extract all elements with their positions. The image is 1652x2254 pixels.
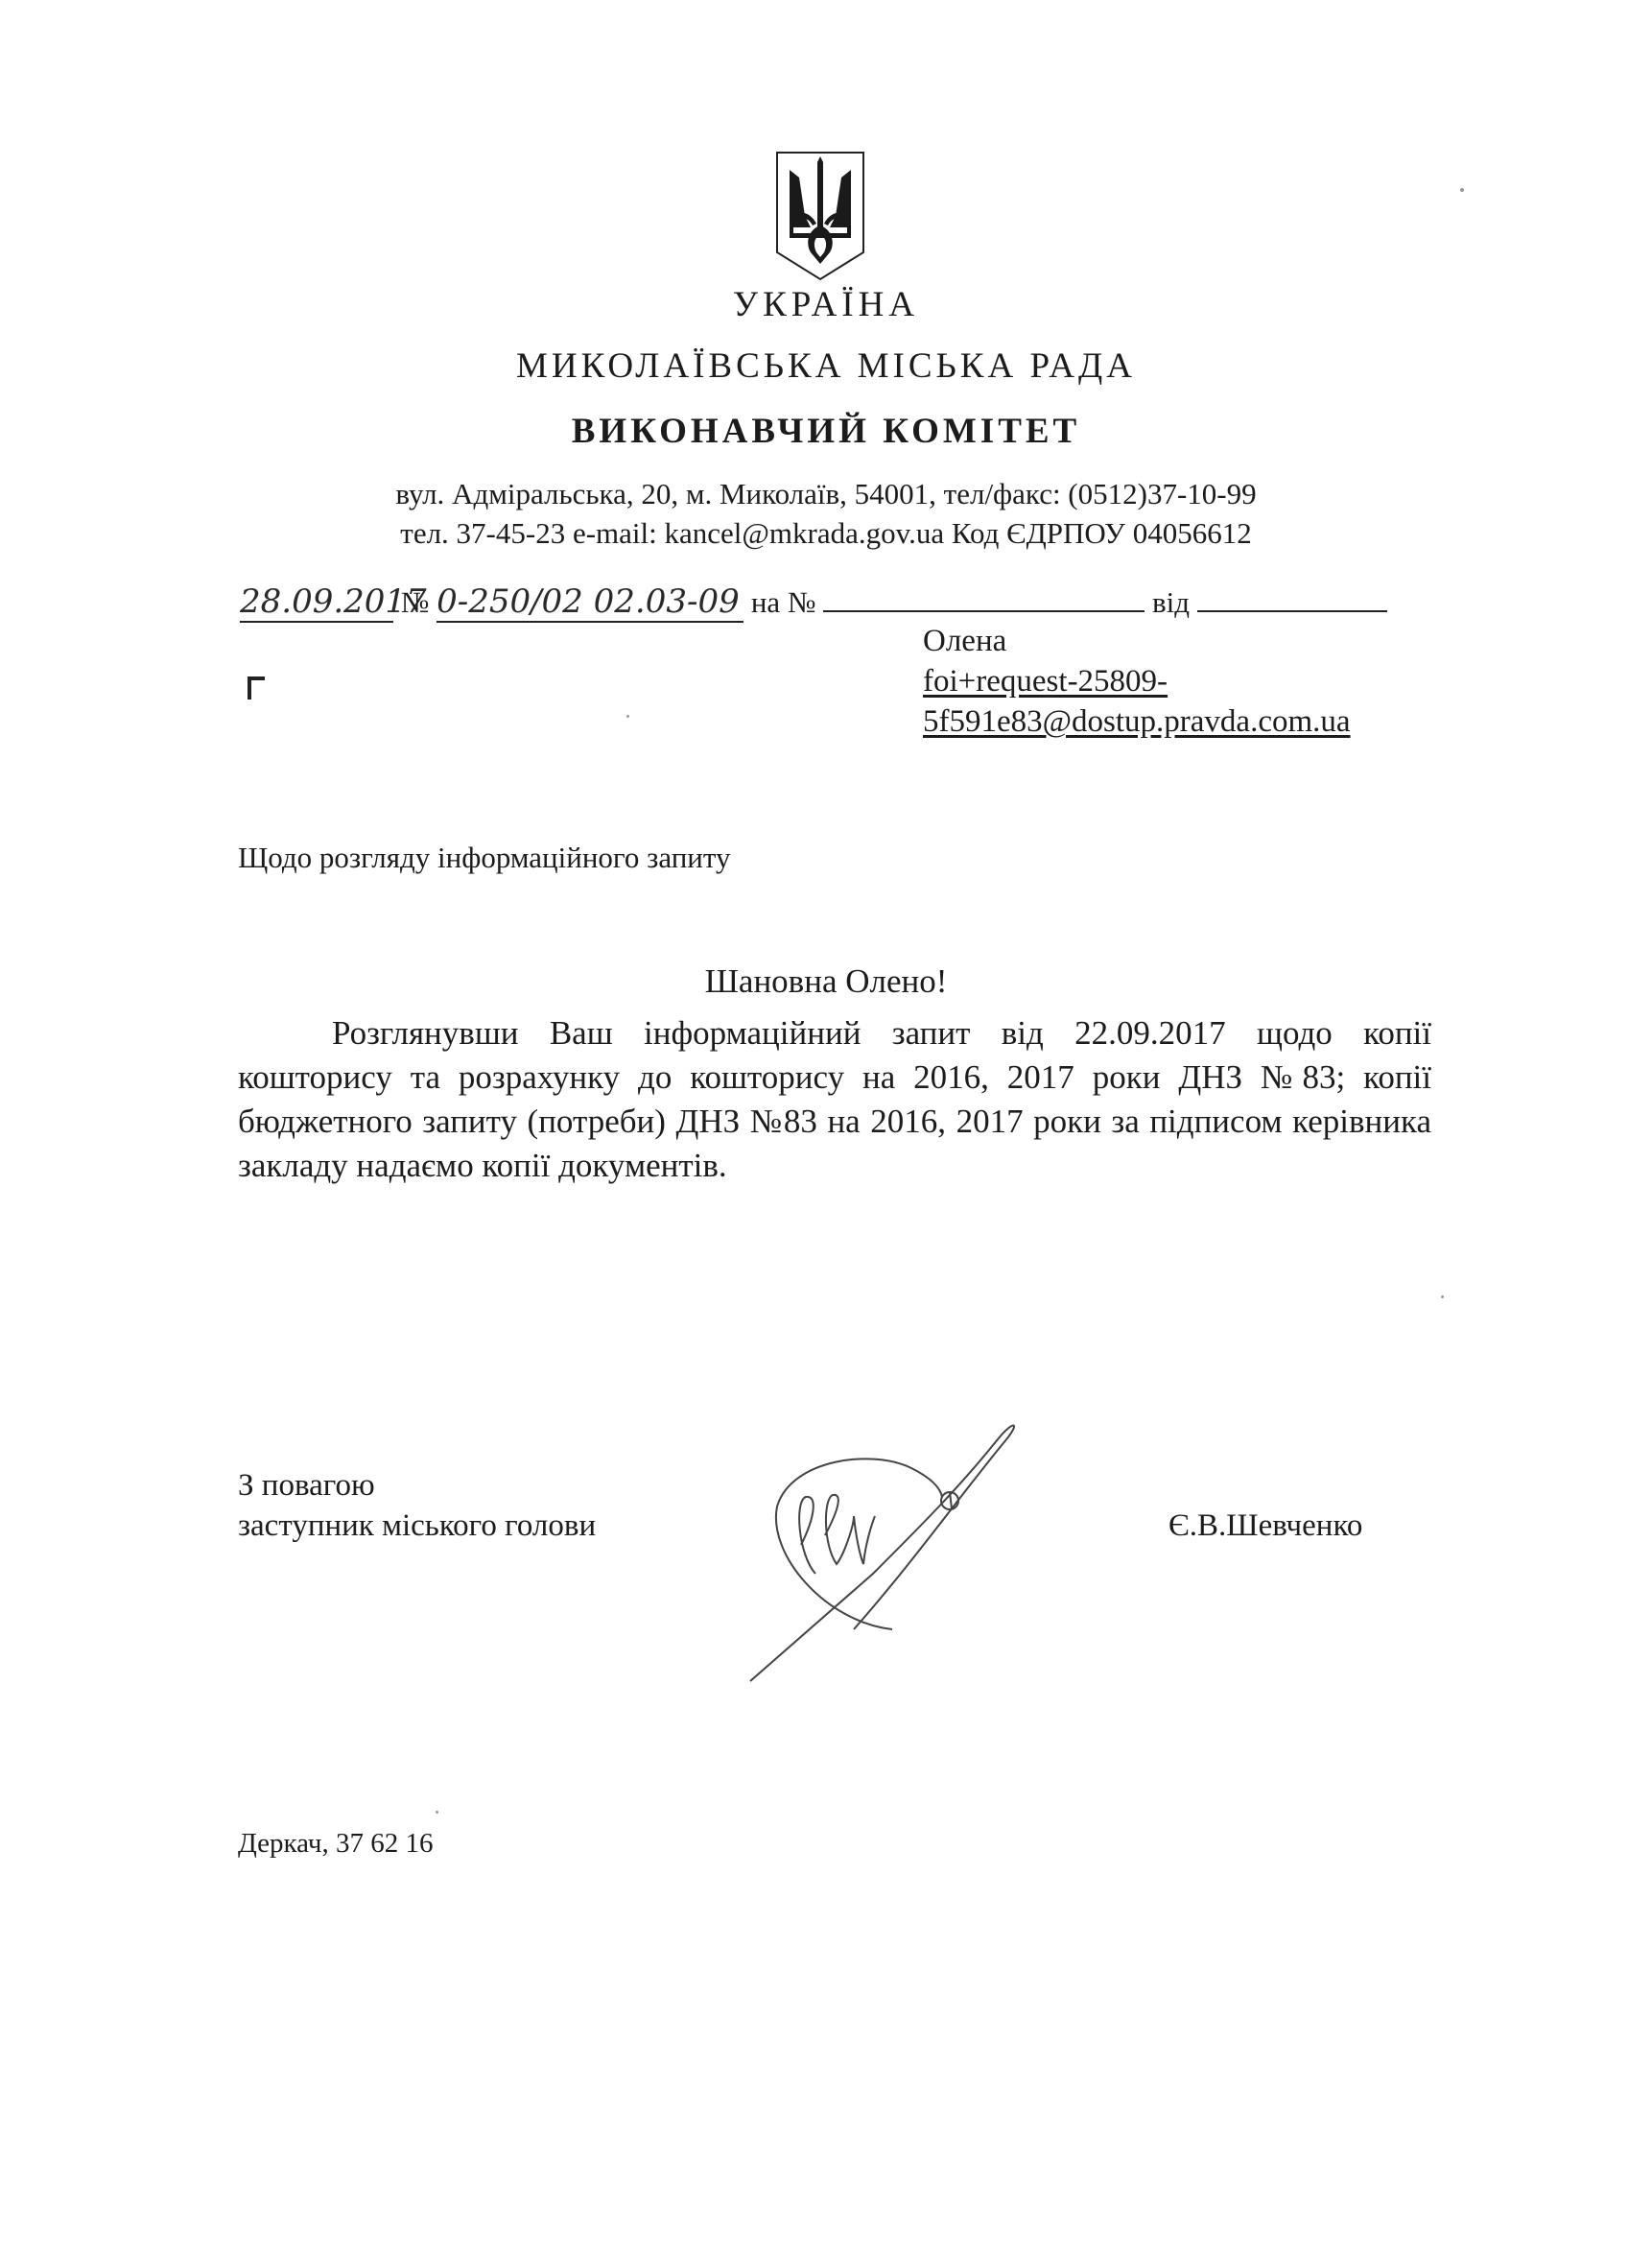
reference-line: 28.09.2017 № 0-250/02 02.03-09 на № від bbox=[240, 581, 1387, 620]
reply-to-label: на № bbox=[751, 585, 816, 619]
scan-speck bbox=[436, 1811, 438, 1814]
reply-to-number bbox=[823, 581, 1145, 612]
signer-name: Є.В.Шевченко bbox=[1168, 1508, 1362, 1544]
scan-speck bbox=[626, 715, 629, 718]
corner-mark bbox=[248, 676, 265, 700]
header-country: УКРАЇНА bbox=[0, 284, 1652, 325]
recipient-email-line1[interactable]: foi+request-25809- bbox=[923, 664, 1168, 700]
coat-of-arms-icon bbox=[772, 149, 868, 283]
header-address: вул. Адміральська, 20, м. Миколаїв, 5400… bbox=[0, 477, 1652, 511]
from-date bbox=[1197, 581, 1387, 612]
recipient-email-line2[interactable]: 5f591e83@dostup.pravda.com.ua bbox=[923, 704, 1351, 740]
greeting: Шановна Олено! bbox=[0, 962, 1652, 1001]
outgoing-date: 28.09.2017 bbox=[240, 582, 393, 623]
executor-contact: Деркач, 37 62 16 bbox=[238, 1828, 433, 1860]
scan-speck bbox=[1460, 188, 1464, 192]
outgoing-number: 0-250/02 02.03-09 bbox=[437, 582, 743, 623]
number-label: № bbox=[401, 585, 430, 619]
header-council: МИКОЛАЇВСЬКА МІСЬКА РАДА bbox=[0, 345, 1652, 387]
header-executive-committee: ВИКОНАВЧИЙ КОМІТЕТ bbox=[0, 411, 1652, 452]
signer-position: заступник міського голови bbox=[238, 1508, 596, 1544]
recipient-name: Олена bbox=[923, 624, 1006, 659]
scan-speck bbox=[1441, 1295, 1444, 1298]
signature-icon bbox=[710, 1401, 1209, 1689]
letter-body: Розглянувши Ваш інформаційний запит від … bbox=[238, 1011, 1431, 1188]
header-contacts: тел. 37-45-23 e-mail: kancel@mkrada.gov.… bbox=[0, 516, 1652, 551]
closing-regards: З повагою bbox=[238, 1468, 375, 1504]
subject-line: Щодо розгляду інформаційного запиту bbox=[238, 841, 731, 875]
from-label: від bbox=[1152, 585, 1190, 619]
